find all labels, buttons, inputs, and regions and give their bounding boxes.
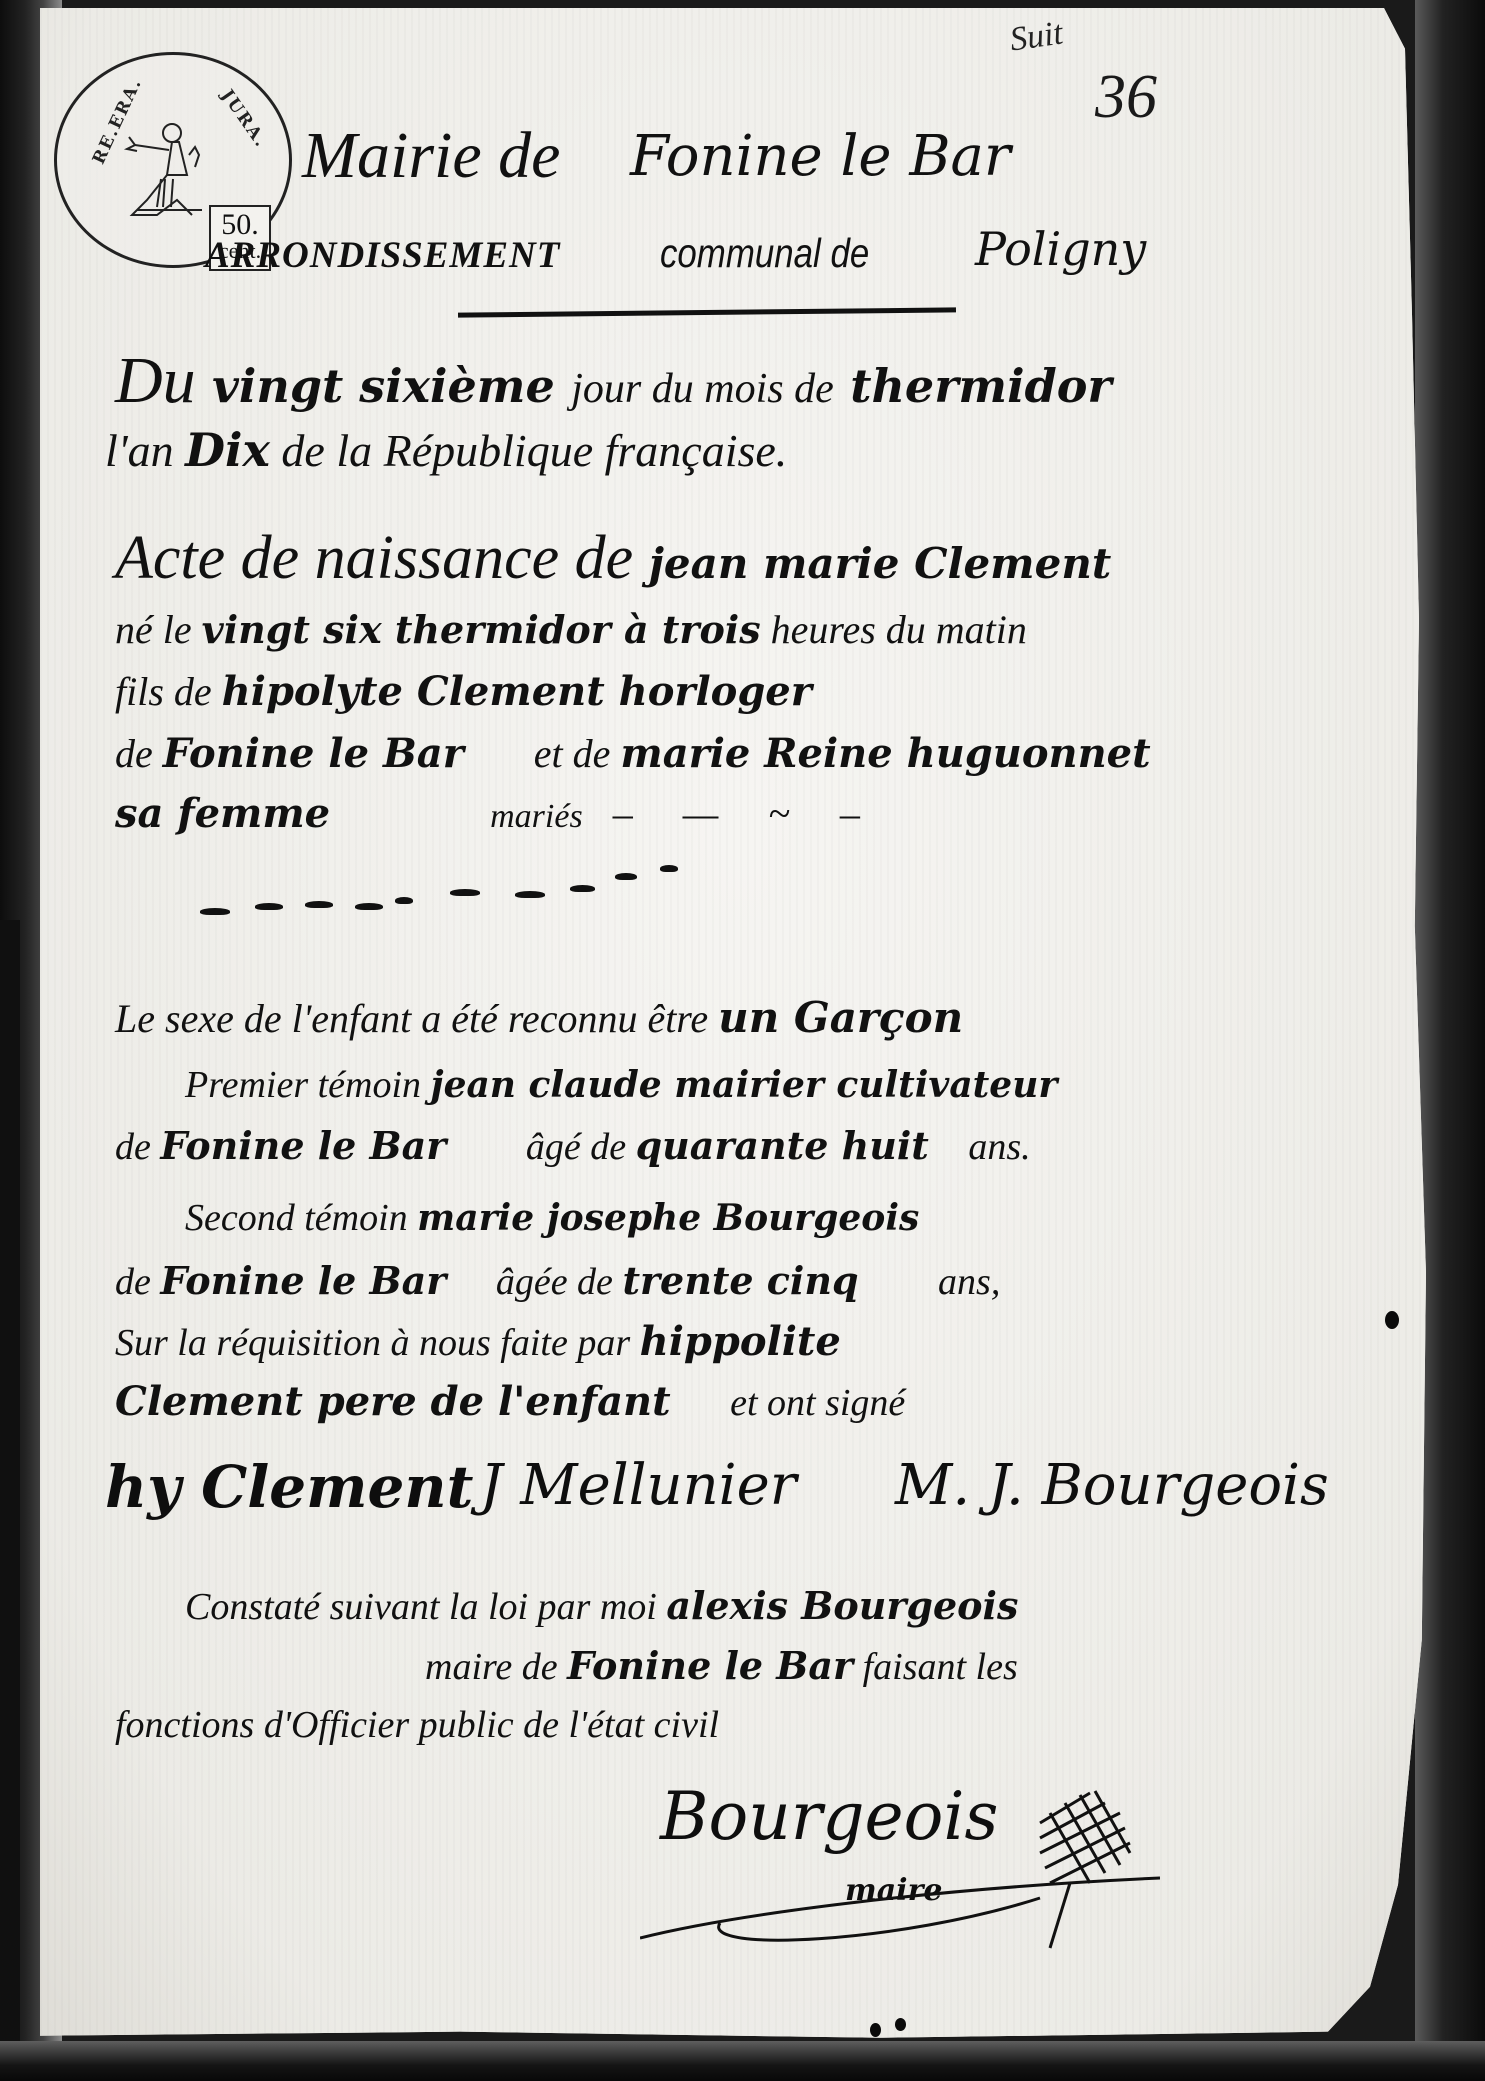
- sex-line: Le sexe de l'enfant a été reconnu être u…: [115, 993, 963, 1042]
- signature-father: hy Clement: [105, 1453, 473, 1521]
- mayor-signature: Bourgeois: [660, 1778, 998, 1855]
- bottom-edge: [0, 2041, 1485, 2081]
- witness2-age-suffix: ans,: [938, 1261, 1000, 1303]
- folio-number: 36: [1095, 62, 1157, 133]
- attestation-line: Constaté suivant la loi par moi alexis B…: [185, 1583, 1018, 1629]
- mairie-commune: Fonine le Bar: [630, 124, 1011, 189]
- attestation-line-2: maire de Fonine le Bar faisant les: [425, 1643, 1018, 1689]
- birth-line: né le vingt six thermidor à trois heures…: [115, 606, 1027, 653]
- witness1-origin-line: de Fonine le Bar âgé de quarante huit an…: [115, 1123, 1031, 1169]
- and-of: et de: [534, 731, 611, 776]
- witness2-age: trente cinq: [622, 1258, 858, 1303]
- son-of-prefix: fils de: [115, 669, 212, 714]
- ink-spot: [870, 2023, 881, 2037]
- wife-label: sa femme: [115, 790, 330, 837]
- date-day: vingt sixième: [212, 359, 555, 413]
- signature-underline-flourish: [640, 1858, 1160, 1948]
- witness2-origin-prefix: de: [115, 1261, 151, 1303]
- stamp-legend-right: JURA.: [217, 86, 271, 152]
- attestation-place: Fonine le Bar: [567, 1643, 853, 1688]
- officer-name: alexis Bourgeois: [666, 1583, 1018, 1628]
- fill-line-dashes: [200, 873, 1440, 933]
- arrondissement-label: ARRONDISSEMENT: [205, 234, 560, 277]
- requisition-line-2: Clement pere de l'enfant et ont signé: [115, 1378, 905, 1425]
- attestation-prefix: Constaté suivant la loi par moi: [185, 1586, 657, 1628]
- child-sex: un Garçon: [718, 993, 963, 1042]
- seated-figure-icon: [117, 115, 217, 235]
- witness2-origin: Fonine le Bar: [160, 1258, 446, 1303]
- sex-prefix: Le sexe de l'enfant a été reconnu être: [115, 996, 708, 1041]
- witness1-age-suffix: ans.: [968, 1126, 1030, 1168]
- born-prefix: né le: [115, 607, 192, 652]
- witness2-name: marie josephe Bourgeois: [417, 1197, 919, 1239]
- child-name: jean marie Clement: [649, 539, 1112, 588]
- ink-spot: [1385, 1311, 1399, 1329]
- mairie-label: Mairie de: [302, 118, 560, 194]
- signed-label: et ont signé: [730, 1382, 905, 1424]
- origin-prefix: de: [115, 731, 153, 776]
- born-date: vingt six thermidor à trois: [202, 607, 761, 652]
- born-suffix: heures du matin: [771, 607, 1027, 652]
- attestation-function: fonctions d'Officier public de l'état ci…: [115, 1704, 719, 1746]
- act-title-line: Acte de naissance de jean marie Clement: [115, 523, 1111, 594]
- parents-origin: Fonine le Bar: [163, 730, 464, 777]
- attestation-role: maire de: [425, 1646, 558, 1688]
- declarant-name: hippolite: [640, 1318, 841, 1365]
- father-name: hipolyte Clement horloger: [222, 668, 812, 715]
- date-year: Dix: [185, 423, 270, 477]
- witness2-line: Second témoin marie josephe Bourgeois: [185, 1196, 919, 1240]
- torn-right-edge: [1415, 0, 1485, 2081]
- folio-annotation: Suit: [1008, 15, 1066, 60]
- witness2-origin-line: de Fonine le Bar âgée de trente cinq ans…: [115, 1258, 1000, 1304]
- attestation-suffix: faisant les: [863, 1646, 1018, 1688]
- signature-witness2: M. J. Bourgeois: [895, 1453, 1329, 1518]
- mother-name: marie Reine huguonnet: [620, 730, 1150, 777]
- header-rule: [458, 307, 956, 317]
- marital-status: mariés: [490, 798, 583, 835]
- date-mid: jour du mois de: [571, 366, 834, 412]
- fill-dashes: – — ~ –: [613, 791, 880, 836]
- requisition-prefix: Sur la réquisition à nous faite par: [115, 1322, 630, 1364]
- requisition-line: Sur la réquisition à nous faite par hipp…: [115, 1318, 841, 1365]
- declarant-relation: Clement pere de l'enfant: [115, 1378, 671, 1425]
- witness1-line: Premier témoin jean claude mairier culti…: [185, 1063, 1057, 1107]
- father-line: fils de hipolyte Clement horloger: [115, 668, 812, 715]
- witness1-origin: Fonine le Bar: [160, 1123, 446, 1168]
- witness2-label: Second témoin: [185, 1197, 408, 1239]
- witness2-age-label: âgée de: [496, 1261, 613, 1303]
- document-page: RE.ERA. JURA. 50. cent. Suit 36 Mairie d…: [40, 8, 1440, 2048]
- attestation-line-3: fonctions d'Officier public de l'état ci…: [115, 1703, 719, 1747]
- arrondissement-value: Poligny: [975, 222, 1146, 276]
- act-title: Acte de naissance de: [115, 524, 633, 592]
- year-prefix: l'an: [105, 425, 174, 476]
- date-line-2: l'an Dix de la République française.: [105, 423, 787, 477]
- witness1-name: jean claude mairier cultivateur: [431, 1064, 1058, 1106]
- witness1-age-label: âgé de: [526, 1126, 626, 1168]
- witness1-origin-prefix: de: [115, 1126, 151, 1168]
- date-prefix: Du: [115, 344, 196, 417]
- communal-label: communal de: [660, 230, 869, 277]
- binding-shadow: [0, 920, 20, 2080]
- wife-line: sa femme mariés – — ~ –: [115, 790, 880, 837]
- date-line-1: Du vingt sixième jour du mois de thermid…: [115, 343, 1112, 419]
- witness1-age: quarante huit: [636, 1123, 929, 1168]
- signature-witness1: J Mellunier: [480, 1453, 797, 1518]
- parents-line: de Fonine le Bar et de marie Reine huguo…: [115, 730, 1151, 777]
- witness1-label: Premier témoin: [185, 1064, 421, 1106]
- date-month: thermidor: [850, 359, 1111, 413]
- ink-spot: [895, 2018, 906, 2031]
- year-suffix: de la République française.: [281, 425, 787, 476]
